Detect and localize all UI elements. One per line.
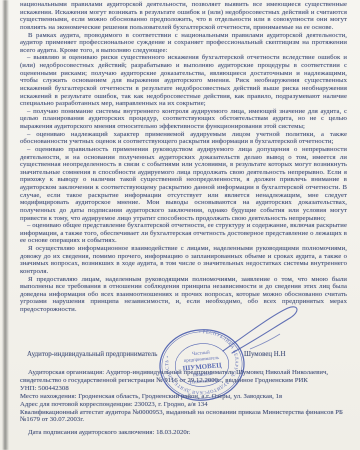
paragraph-bullet: – выявляю и оцениваю риски существенного… (20, 54, 347, 107)
paragraph-bullet: – оцениваю правильность применения руков… (20, 146, 347, 222)
scan-binding-shadow (2, 0, 9, 450)
paragraph: Я осуществляю информационное взаимодейст… (20, 245, 347, 276)
paragraph: В рамках аудита, проводимого в соответст… (20, 32, 347, 55)
auditor-org-line: Аудиторская организация: Аудитор-индивид… (20, 369, 347, 385)
paragraph-bullet: – получаю понимание системы внутреннего … (20, 108, 347, 131)
stamp-line: Частный (192, 351, 210, 358)
paragraph: национальными правилами аудиторской деят… (20, 1, 347, 32)
audit-report-body: национальными правилами аудиторской деят… (20, 1, 347, 314)
auditor-details: Аудиторская организация: Аудитор-индивид… (20, 369, 347, 437)
unp-line: УНП: 500442308 (20, 385, 347, 393)
signer-role: Аудитор-индивидуальный предприниматель (27, 351, 157, 358)
postal-address-line: Адрес для почтовой корреспонденции: 2300… (20, 401, 347, 409)
scanned-page: национальными правилами аудиторской деят… (0, 0, 360, 450)
paragraph-bullet: – оцениваю надлежащий характер применяем… (20, 131, 347, 146)
paragraph-bullet: – оцениваю общее представление бухгалтер… (20, 222, 347, 245)
signing-date-line: Дата подписания аудиторского заключения:… (20, 429, 347, 437)
location-line: Место нахождения: Гродненская область, Г… (20, 393, 347, 401)
certificate-line: Квалификационный аттестат аудитора №0000… (20, 409, 347, 425)
